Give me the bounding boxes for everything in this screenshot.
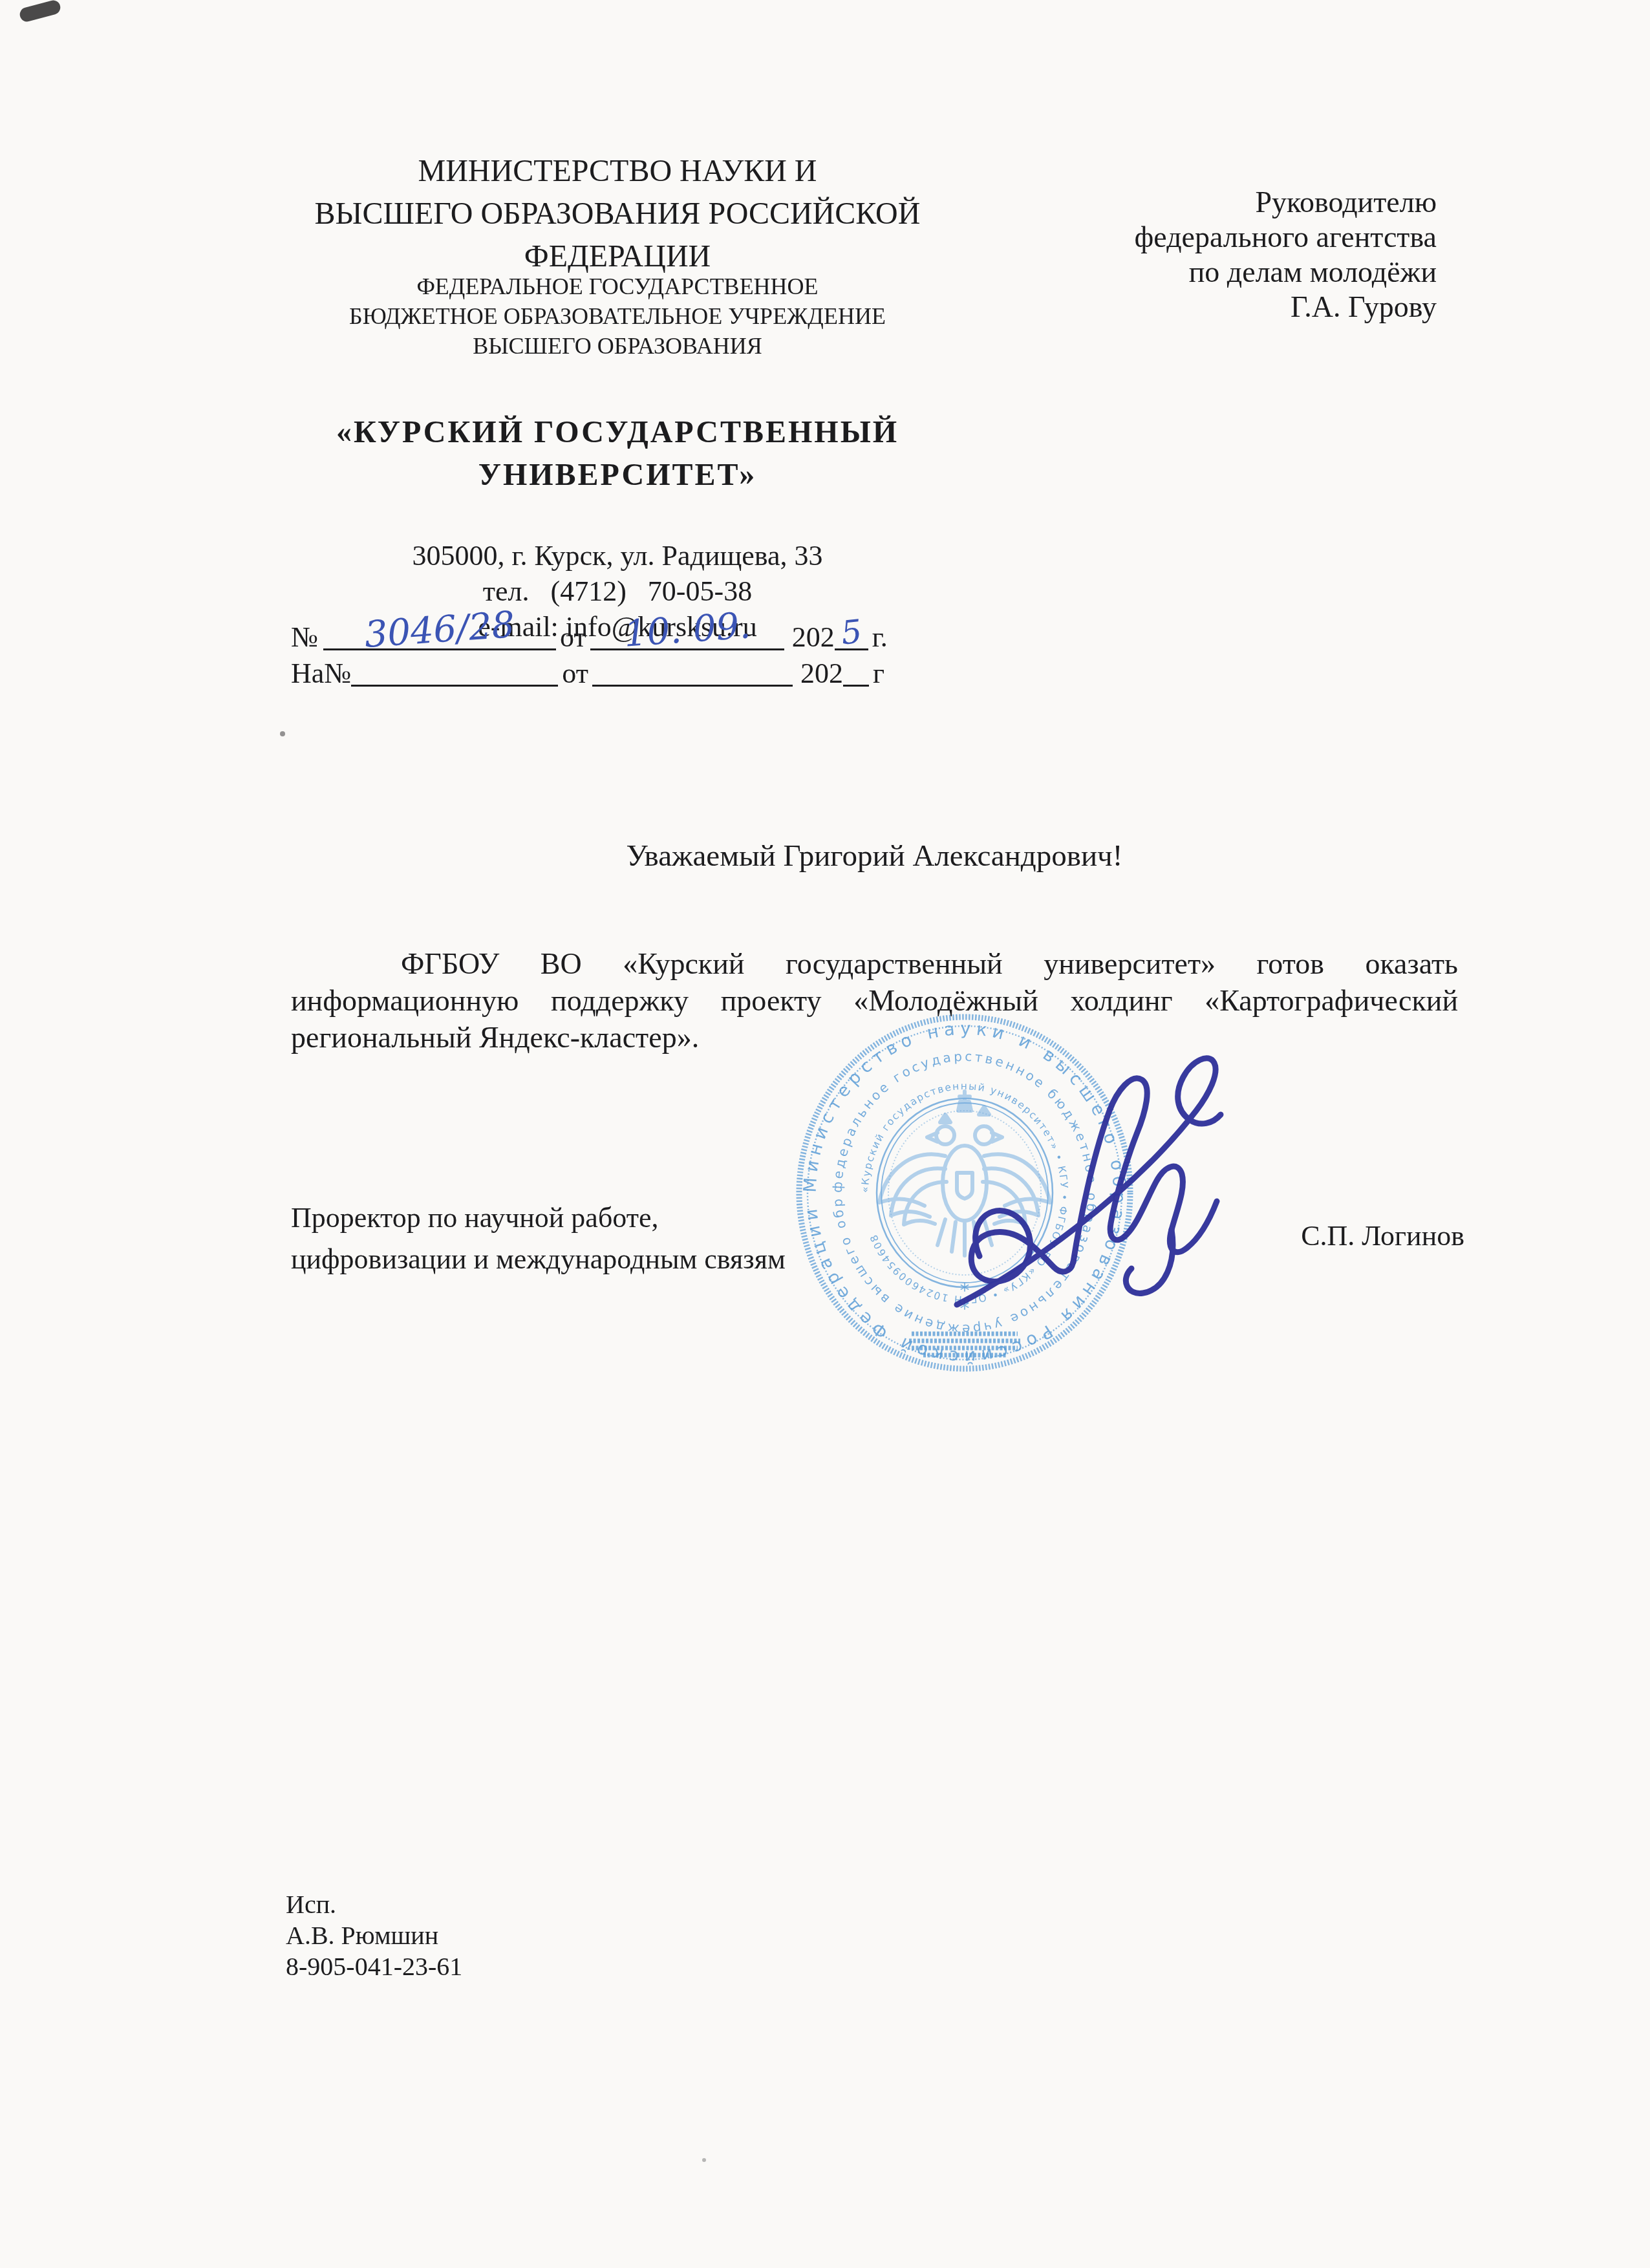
reply-label: На№ bbox=[291, 658, 351, 689]
body-line: информационную поддержку проекту «Молодё… bbox=[291, 982, 1458, 1019]
letterhead-ministry: МИНИСТЕРСТВО НАУКИ И ВЫСШЕГО ОБРАЗОВАНИЯ… bbox=[291, 150, 944, 278]
signature-tail-stroke bbox=[1126, 1230, 1173, 1293]
phone-number: тел. (4712) 70-05-38 bbox=[291, 573, 944, 609]
ministry-line: МИНИСТЕРСТВО НАУКИ И bbox=[291, 150, 944, 193]
addressee-block: Руководителю федерального агентства по д… bbox=[945, 185, 1437, 325]
scanned-letter-page: МИНИСТЕРСТВО НАУКИ И ВЫСШЕГО ОБРАЗОВАНИЯ… bbox=[0, 0, 1650, 2268]
ref-year-suffix: г. bbox=[872, 621, 888, 653]
addressee-line: по делам молодёжи bbox=[945, 255, 1437, 290]
ref-no-handwritten: 3046/28 bbox=[363, 607, 516, 654]
ref-date-blank: 10. 09. bbox=[590, 623, 784, 650]
signer-title: Проректор по научной работе, цифровизаци… bbox=[291, 1197, 937, 1280]
signer-title-line: Проректор по научной работе, bbox=[291, 1197, 937, 1239]
outgoing-ref-line: №3046/28от10. 09.2025г. bbox=[291, 621, 1002, 654]
reply-date-blank bbox=[592, 659, 793, 687]
reply-year-blank bbox=[843, 659, 869, 687]
org-name-line: УНИВЕРСИТЕТ» bbox=[291, 454, 944, 497]
addressee-line: Г.А. Гурову bbox=[945, 290, 1437, 325]
body-paragraph: ФГБОУ ВО «Курский государственный универ… bbox=[291, 945, 1458, 1056]
addressee-line: федерального агентства bbox=[945, 220, 1437, 255]
reply-year-prefix: 202 bbox=[800, 658, 843, 689]
signer-name: С.П. Логинов bbox=[1301, 1219, 1464, 1252]
ref-year-handwritten: 5 bbox=[839, 615, 863, 649]
org-type-line: ФЕДЕРАЛЬНОЕ ГОСУДАРСТВЕННОЕ bbox=[291, 272, 944, 301]
scan-artifact bbox=[18, 0, 62, 23]
ref-date-handwritten: 10. 09. bbox=[623, 608, 751, 653]
executor-name: А.В. Рюмшин bbox=[286, 1920, 462, 1951]
executor-block: Исп. А.В. Рюмшин 8-905-041-23-61 bbox=[286, 1889, 462, 1982]
letterhead-org-type: ФЕДЕРАЛЬНОЕ ГОСУДАРСТВЕННОЕ БЮДЖЕТНОЕ ОБ… bbox=[291, 272, 944, 361]
reply-ref-line: На№от202г bbox=[291, 657, 1002, 690]
postal-address: 305000, г. Курск, ул. Радищева, 33 bbox=[291, 538, 944, 573]
ministry-line: ВЫСШЕГО ОБРАЗОВАНИЯ РОССИЙСКОЙ bbox=[291, 193, 944, 235]
ref-no-label: № bbox=[291, 621, 318, 653]
ref-year-prefix: 202 bbox=[792, 621, 835, 653]
scan-artifact bbox=[280, 731, 285, 736]
executor-phone: 8-905-041-23-61 bbox=[286, 1951, 462, 1982]
signature-loops-stroke bbox=[971, 1211, 1073, 1282]
body-line: региональный Яндекс-кластер». bbox=[291, 1019, 1458, 1056]
executor-label: Исп. bbox=[286, 1889, 462, 1920]
greeting: Уважаемый Григорий Александрович! bbox=[291, 839, 1458, 873]
handwritten-signature bbox=[918, 1001, 1241, 1331]
org-name: «КУРСКИЙ ГОСУДАРСТВЕННЫЙ УНИВЕРСИТЕТ» bbox=[291, 411, 944, 497]
reply-year-suffix: г bbox=[873, 658, 884, 689]
org-type-line: ВЫСШЕГО ОБРАЗОВАНИЯ bbox=[291, 331, 944, 361]
reply-no-blank bbox=[351, 659, 558, 687]
ref-no-blank: 3046/28 bbox=[323, 623, 556, 650]
ref-from-label: от bbox=[560, 621, 586, 653]
org-type-line: БЮДЖЕТНОЕ ОБРАЗОВАТЕЛЬНОЕ УЧРЕЖДЕНИЕ bbox=[291, 301, 944, 331]
scan-artifact bbox=[702, 2158, 706, 2162]
addressee-line: Руководителю bbox=[945, 185, 1437, 220]
ref-year-blank: 5 bbox=[835, 623, 868, 650]
org-name-line: «КУРСКИЙ ГОСУДАРСТВЕННЫЙ bbox=[291, 411, 944, 454]
body-line: ФГБОУ ВО «Курский государственный универ… bbox=[291, 945, 1458, 982]
reply-from-label: от bbox=[562, 658, 588, 689]
signer-title-line: цифровизации и международным связям bbox=[291, 1239, 937, 1280]
